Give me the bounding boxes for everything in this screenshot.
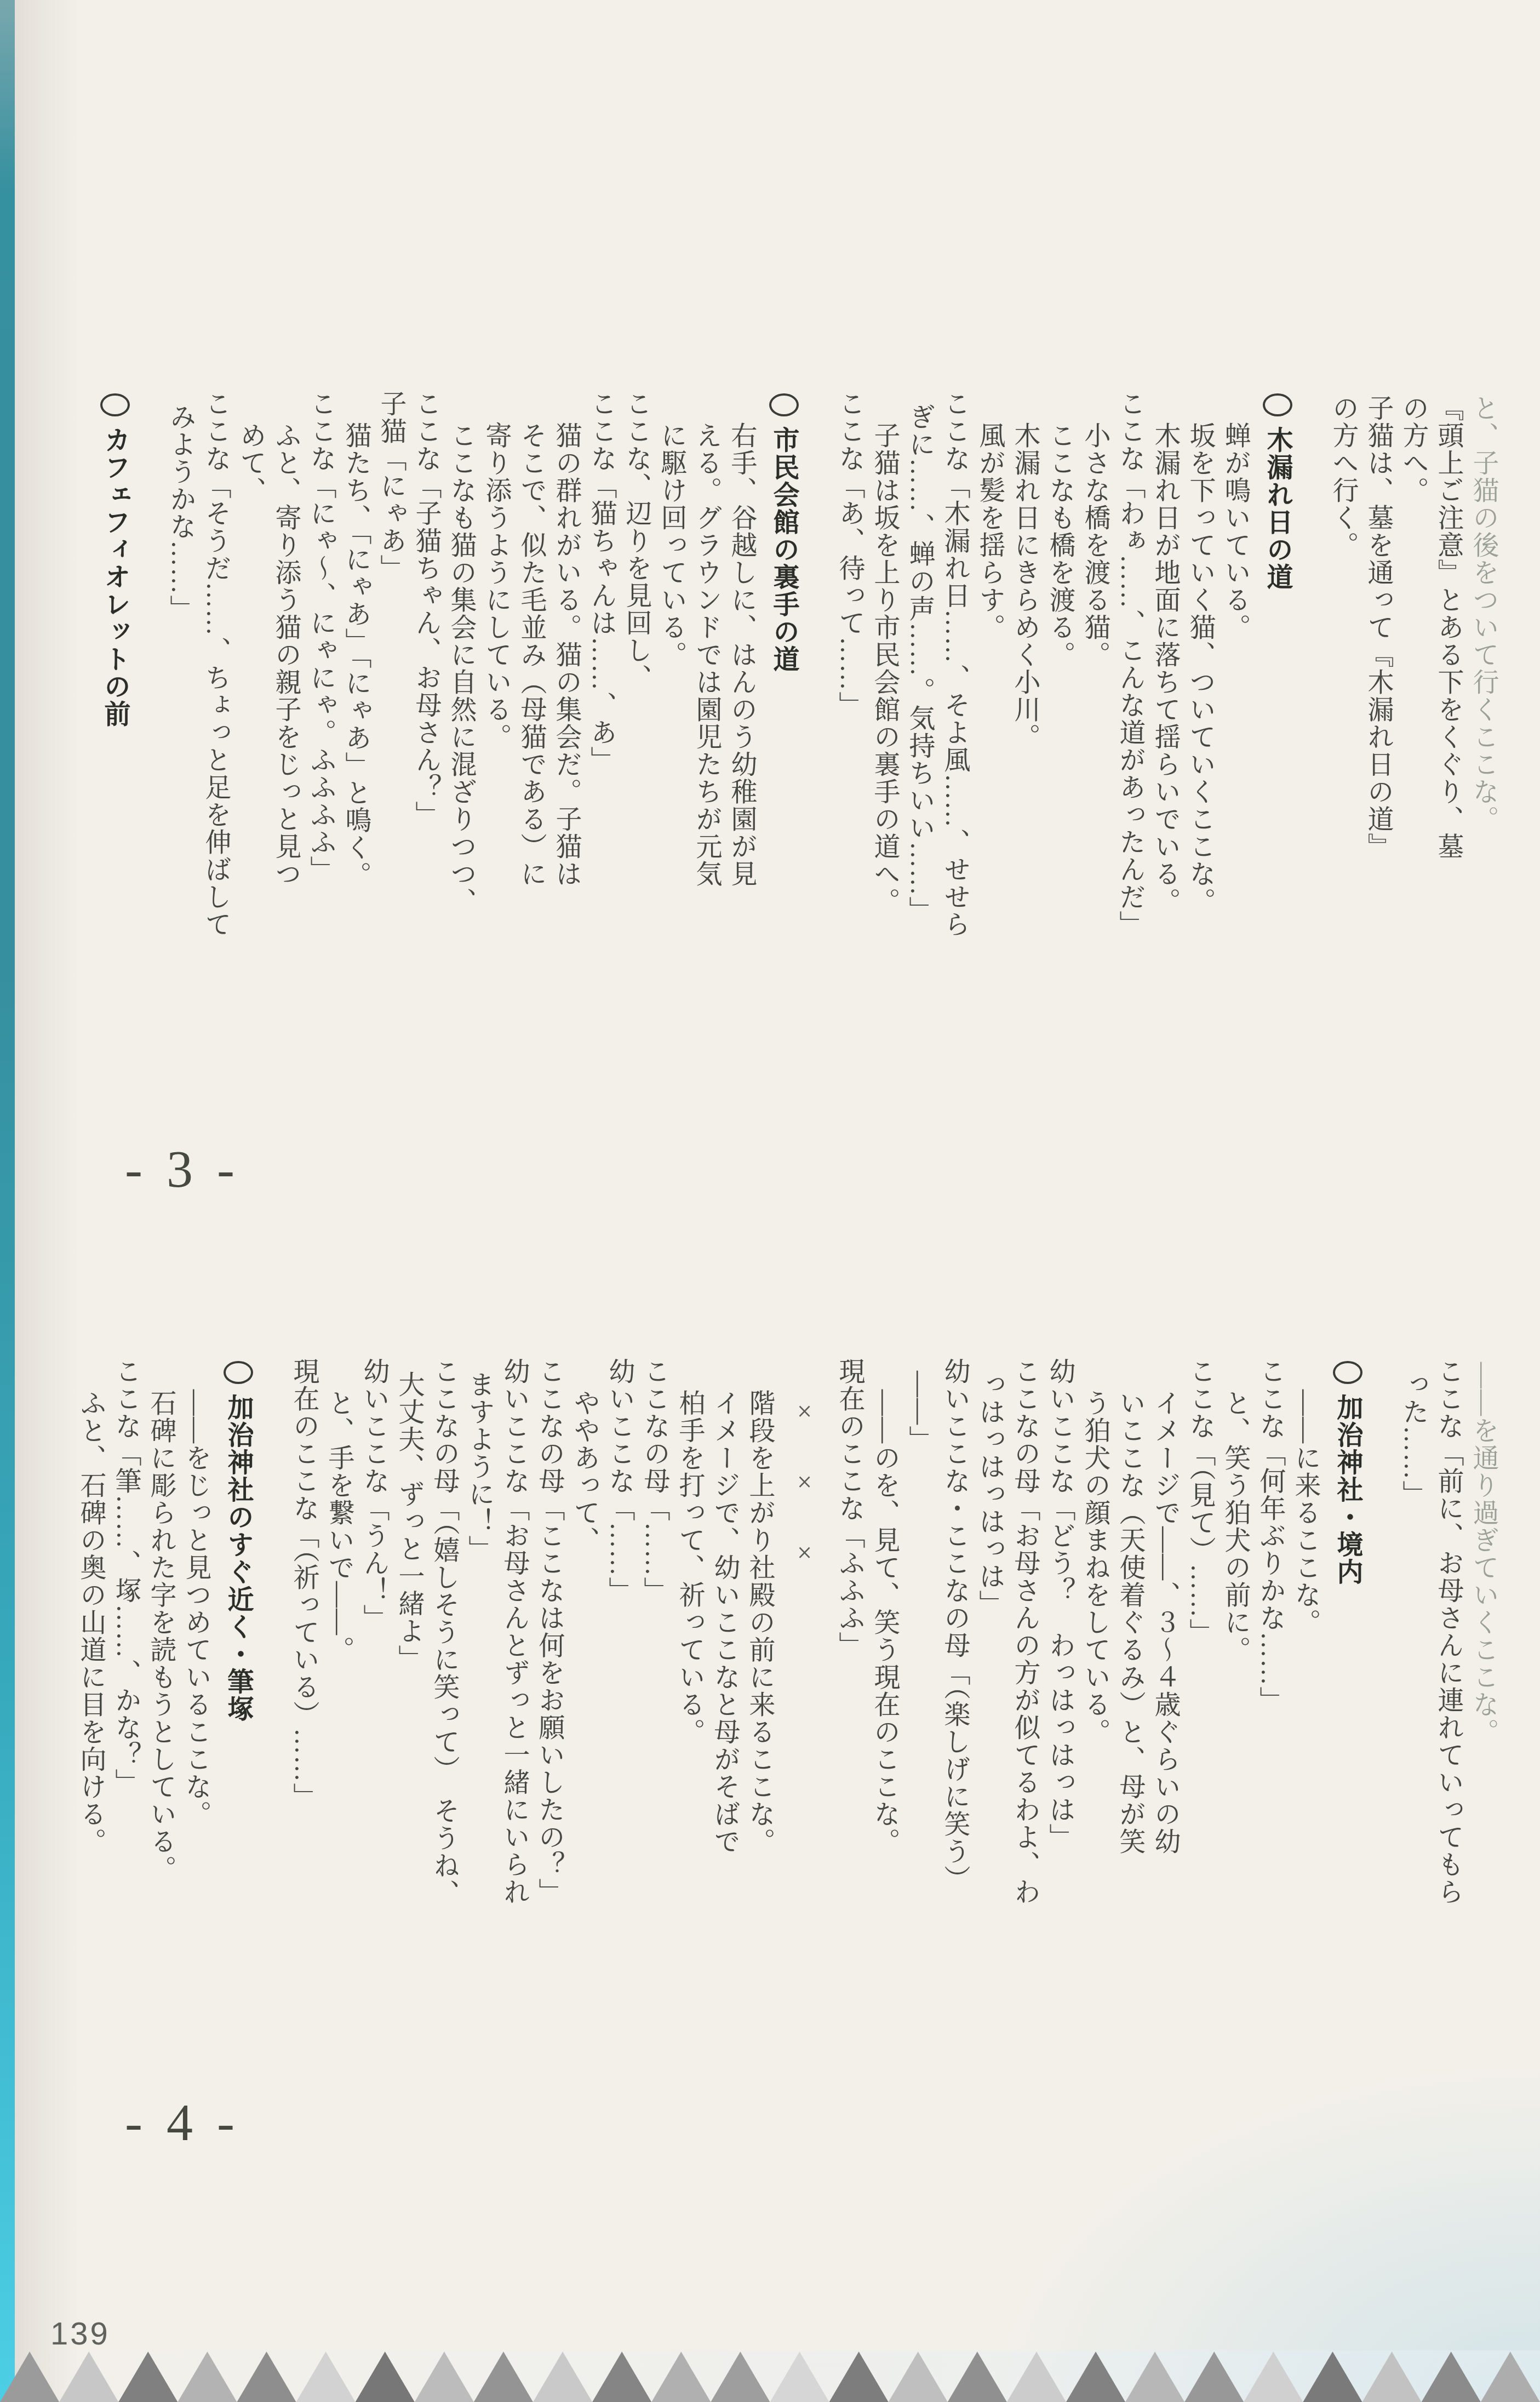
- scene-heading-text: 加治神社のすぐ近く・筆塚: [223, 1394, 254, 1723]
- script-line: 寄り添うようにしている。: [478, 390, 513, 993]
- script-line: の方へ行く。: [1325, 390, 1360, 993]
- script-line: 猫の群れがいる。猫の集会だ。子猫は: [548, 390, 583, 993]
- zigzag-triangle: [237, 2352, 296, 2402]
- script-line: 木漏れ日にきらめく小川。: [1007, 390, 1042, 993]
- scene-circle-icon: [100, 393, 130, 416]
- zigzag-triangle: [1184, 2352, 1244, 2402]
- zigzag-triangle: [1303, 2352, 1362, 2402]
- scene-heading: 加治神社のすぐ近く・筆塚: [221, 1358, 256, 1960]
- zigzag-triangle: [533, 2352, 592, 2402]
- gutter-shadow: [15, 0, 81, 2402]
- script-line: ここな「何年ぶりかな……」: [1252, 1358, 1287, 1960]
- script-line: みようかな……」: [163, 390, 198, 993]
- zigzag-triangle: [1066, 2352, 1125, 2402]
- script-line: ——に来るここな。: [1287, 1358, 1323, 1960]
- script-line: に駆け回っている。: [654, 390, 689, 993]
- zigzag-triangle: [1244, 2352, 1303, 2402]
- zigzag-triangle: [1125, 2352, 1184, 2402]
- script-line: ここなも猫の集会に自然に混ざりつつ、: [443, 390, 478, 993]
- script-line: ふと、石碑の奥の山道に目を向ける。: [73, 1358, 108, 1960]
- scanned-script-page: と、子猫の後をついて行くここな。『頭上ご注意』とある下をくぐり、墓の方へ。子猫は…: [0, 0, 1540, 2402]
- script-line: 小さな橋を渡る猫。: [1077, 390, 1112, 993]
- script-line: ここな「（見て）……」: [1182, 1358, 1217, 1960]
- script-line: と、笑う狛犬の前に。: [1217, 1358, 1252, 1960]
- scene-heading: 市民会館の裏手の道: [766, 390, 802, 993]
- zigzag-triangle: [178, 2352, 237, 2402]
- script-line: 階段を上がり社殿の前に来るここな。: [742, 1358, 777, 1960]
- script-line: ややあって、: [566, 1358, 602, 1960]
- script-line: ここな「筆……、塚……、かな？」: [108, 1358, 143, 1960]
- script-section-4: ——を通り過ぎていくここな。ここな「前に、お母さんに連れていってもらった……」加…: [73, 1358, 1501, 1960]
- script-line: 風が髪を揺らす。: [972, 390, 1007, 993]
- script-line: ——を通り過ぎていくここな。: [1465, 1358, 1501, 1960]
- page-number: 139: [50, 2315, 110, 2352]
- scene-heading-text: カフェフィオレットの前: [100, 426, 130, 728]
- scene-circle-icon: [769, 393, 799, 416]
- zigzag-triangle: [651, 2352, 711, 2402]
- script-line: イメージで——、３〜４歳ぐらいの幼: [1147, 1358, 1182, 1960]
- zigzag-triangle: [118, 2352, 178, 2402]
- script-line: ここな「あ、待って……」: [832, 390, 867, 993]
- script-line: ここな「そうだ……、ちょっと足を伸ばして: [198, 390, 233, 993]
- script-line: ここな「前に、お母さんに連れていってもら: [1430, 1358, 1465, 1960]
- scene-circle-icon: [224, 1361, 253, 1384]
- script-line: ぎに……、蝉の声……。気持ちいい……」: [902, 390, 937, 993]
- scene-circle-icon: [1263, 393, 1292, 416]
- script-line: ここな「猫ちゃんは……、あ」: [583, 390, 619, 993]
- script-line: 幼いここな「……」: [602, 1358, 637, 1960]
- scene-heading-text: 加治神社・境内: [1332, 1394, 1363, 1586]
- script-line: ここなも橋を渡る。: [1042, 390, 1077, 993]
- script-line: そこで、似た毛並み（母猫である）に: [513, 390, 548, 993]
- zigzag-triangle: [356, 2352, 415, 2402]
- script-line: イメージで、幼いここなと母がそばで: [707, 1358, 742, 1960]
- script-line: 坂を下っていく猫、ついていくここな。: [1182, 390, 1217, 993]
- script-line: ここなの母「……」: [637, 1358, 672, 1960]
- zigzag-triangle: [0, 2352, 59, 2402]
- script-line: 現在のここな「（祈っている）……」: [286, 1358, 321, 1960]
- script-line: 猫たち、「にゃあ」「にゃあ」と鳴く。: [338, 390, 373, 993]
- zigzag-triangle: [948, 2352, 1007, 2402]
- zigzag-triangle: [592, 2352, 651, 2402]
- script-line: 幼いここな「お母さんとずっと一緒にいられ: [496, 1358, 531, 1960]
- bottom-zigzag-pattern: [0, 2350, 1540, 2402]
- script-line: 幼いここな・ここなの母「（楽しげに笑う）: [937, 1358, 972, 1960]
- script-line: ここな「にゃ〜、にゃにゃ。ふふふふ」: [303, 390, 338, 993]
- script-line: った……」: [1395, 1358, 1430, 1960]
- script-line: 子猫は坂を上り市民会館の裏手の道へ。: [867, 390, 902, 993]
- zigzag-triangle: [829, 2352, 889, 2402]
- script-line: 蝉が鳴いている。: [1217, 390, 1252, 993]
- script-line: 右手、谷越しに、はんのう幼稚園が見: [724, 390, 759, 993]
- script-line: ますように！」: [461, 1358, 496, 1960]
- zigzag-triangle: [711, 2352, 770, 2402]
- script-line: ここな「子猫ちゃん、お母さん？」: [408, 390, 443, 993]
- script-line: ここなの母「ここなは何をお願いしたの？」: [531, 1358, 566, 1960]
- script-line: 幼いここな「うん！」: [356, 1358, 391, 1960]
- scene-divider: × × ×: [787, 1358, 822, 1960]
- scene-heading: カフェフィオレットの前: [98, 390, 133, 993]
- script-line: と、手を繋いで——。: [321, 1358, 356, 1960]
- book-edge-strip: [0, 0, 15, 2402]
- zigzag-triangle: [1481, 2352, 1540, 2402]
- scene-heading: 木漏れ日の道: [1260, 390, 1295, 993]
- script-line: 石碑に彫られた字を読もうとしている。: [143, 1358, 178, 1960]
- script-line: 柏手を打って、祈っている。: [672, 1358, 707, 1960]
- script-line: ここなの母「お母さんの方が似てるわよ、わ: [1007, 1358, 1042, 1960]
- zigzag-triangle: [415, 2352, 474, 2402]
- scene-heading-text: 市民会館の裏手の道: [769, 426, 799, 673]
- script-line: めて、: [233, 390, 268, 993]
- script-page-marker-3: - 3 -: [125, 1139, 240, 1199]
- script-line: 現在のここな「ふふふ」: [832, 1358, 867, 1960]
- script-section-3: と、子猫の後をついて行くここな。『頭上ご注意』とある下をくぐり、墓の方へ。子猫は…: [90, 390, 1501, 993]
- script-line: う狛犬の顔まねをしている。: [1077, 1358, 1112, 1960]
- script-line: ここな、辺りを見回し、: [619, 390, 654, 993]
- script-line: ——をじっと見つめているここな。: [178, 1358, 213, 1960]
- script-line: 『頭上ご注意』とある下をくぐり、墓: [1430, 390, 1465, 993]
- script-line: ——のを、見て、笑う現在のここな。: [867, 1358, 902, 1960]
- scene-circle-icon: [1333, 1361, 1362, 1384]
- script-line: いここな（天使着ぐるみ）と、母が笑: [1112, 1358, 1147, 1960]
- zigzag-triangle: [770, 2352, 829, 2402]
- script-line: と、子猫の後をついて行くここな。: [1465, 390, 1501, 993]
- script-line: 子猫「にゃあ」: [373, 390, 408, 993]
- zigzag-triangle: [296, 2352, 356, 2402]
- zigzag-triangle: [1007, 2352, 1066, 2402]
- scene-heading: 加治神社・境内: [1330, 1358, 1365, 1960]
- script-line: ——」: [902, 1358, 937, 1960]
- zigzag-triangle: [59, 2352, 118, 2402]
- script-line: 子猫は、墓を通って『木漏れ日の道』: [1360, 390, 1395, 993]
- script-line: ふと、寄り添う猫の親子をじっと見つ: [268, 390, 303, 993]
- zigzag-triangle: [1362, 2352, 1422, 2402]
- script-line: の方へ。: [1395, 390, 1430, 993]
- scene-heading-text: 木漏れ日の道: [1262, 426, 1293, 591]
- script-page-marker-4: - 4 -: [125, 2092, 240, 2153]
- zigzag-triangle: [1422, 2352, 1481, 2402]
- zigzag-triangle: [889, 2352, 948, 2402]
- zigzag-triangle: [474, 2352, 533, 2402]
- script-line: 大丈夫、ずっと一緒よ」: [391, 1358, 426, 1960]
- script-line: っはっはっはっは」: [972, 1358, 1007, 1960]
- script-line: ここな「わぁ……、こんな道があったんだ」: [1112, 390, 1147, 993]
- script-line: える。グラウンドでは園児たちが元気: [689, 390, 724, 993]
- script-line: ここなの母「（嬉しそうに笑って） そうね、: [426, 1358, 461, 1960]
- script-line: 木漏れ日が地面に落ちて揺らいでいる。: [1147, 390, 1182, 993]
- script-line: 幼いここな「どう？ わっはっはっは」: [1042, 1358, 1077, 1960]
- script-line: ここな「木漏れ日……、そよ風……、せせら: [937, 390, 972, 993]
